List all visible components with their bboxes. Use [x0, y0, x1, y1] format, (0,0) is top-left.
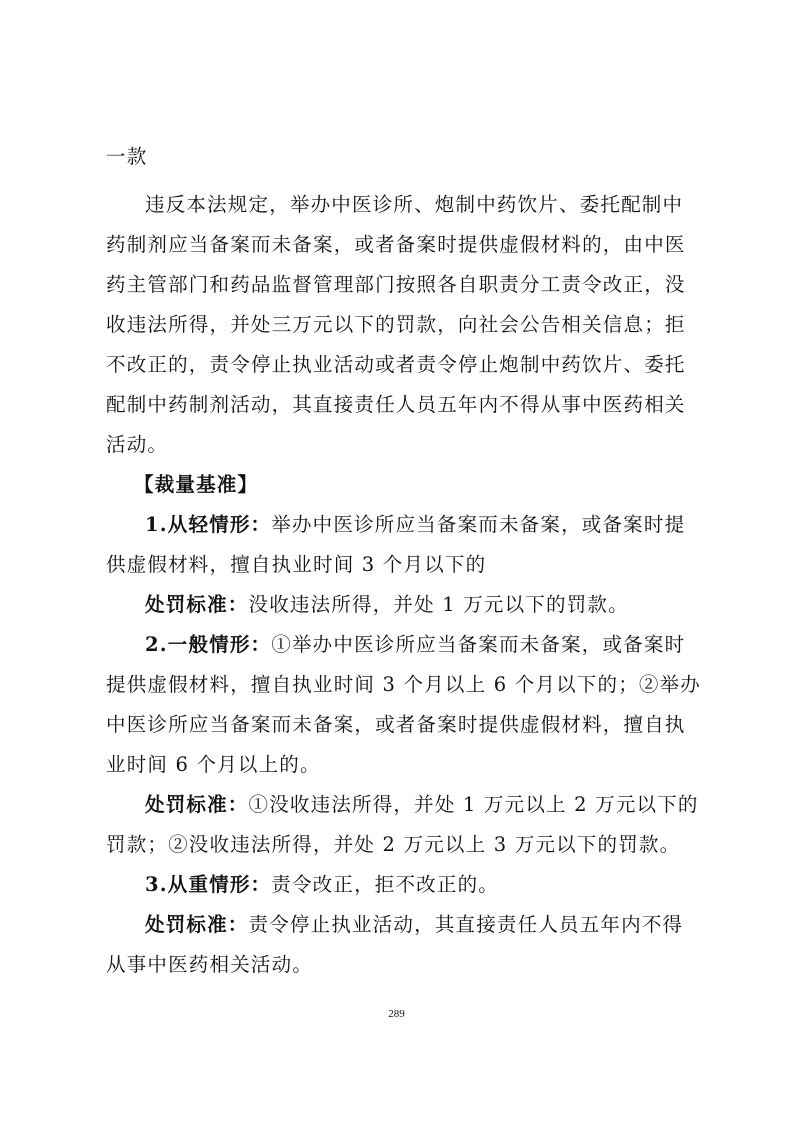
penalty-line: 处罚标准：①没收违法所得，并处 1 万元以上 2 万元以下的	[145, 793, 699, 817]
item-line: 中医诊所应当备案而未备案，或者备案时提供虚假材料，擅自执	[106, 713, 686, 737]
article-line: 药制剂应当备案而未备案，或者备案时提供虚假材料的，由中医	[106, 233, 686, 257]
item-line: 业时间 6 个月以上的。	[106, 753, 321, 777]
penalty-label: 处罚标准：	[145, 913, 249, 936]
item-label: 2.一般情形：	[145, 633, 271, 656]
discretion-heading: 【裁量基准】	[134, 473, 258, 497]
item-line: 1.从轻情形：举办中医诊所应当备案而未备案，或备案时提	[145, 513, 685, 537]
article-line: 活动。	[106, 433, 168, 457]
penalty-text: ①没收违法所得，并处 1 万元以上 2 万元以下的	[249, 793, 699, 816]
item-line: 提供虚假材料，擅自执业时间 3 个月以上 6 个月以下的；②举办	[106, 673, 701, 697]
item-line: 3.从重情形：责令改正，拒不改正的。	[145, 873, 499, 897]
penalty-label: 处罚标准：	[145, 593, 249, 616]
penalty-label: 处罚标准：	[145, 793, 249, 816]
item-text: ①举办中医诊所应当备案而未备案，或备案时	[271, 633, 685, 656]
item-label: 3.从重情形：	[145, 873, 271, 896]
article-line: 配制中药制剂活动，其直接责任人员五年内不得从事中医药相关	[106, 393, 686, 417]
article-line: 不改正的，责令停止执业活动或者责令停止炮制中药饮片、委托	[106, 353, 686, 377]
item-line: 2.一般情形：①举办中医诊所应当备案而未备案，或备案时	[145, 633, 685, 657]
penalty-line: 处罚标准：没收违法所得，并处 1 万元以下的罚款。	[145, 593, 629, 617]
penalty-line: 处罚标准：责令停止执业活动，其直接责任人员五年内不得	[145, 913, 683, 937]
section-heading: 一款	[106, 145, 147, 169]
penalty-line: 罚款；②没收违法所得，并处 2 万元以上 3 万元以下的罚款。	[106, 833, 680, 857]
penalty-text: 没收违法所得，并处 1 万元以下的罚款。	[249, 593, 629, 616]
item-text: 举办中医诊所应当备案而未备案，或备案时提	[271, 513, 685, 536]
item-text: 责令改正，拒不改正的。	[271, 873, 499, 896]
item-label: 1.从轻情形：	[145, 513, 271, 536]
article-line: 收违法所得，并处三万元以下的罚款，向社会公告相关信息；拒	[106, 313, 686, 337]
penalty-text: 责令停止执业活动，其直接责任人员五年内不得	[249, 913, 684, 936]
article-line: 违反本法规定，举办中医诊所、炮制中药饮片、委托配制中	[145, 193, 683, 217]
item-line: 供虚假材料，擅自执业时间 3 个月以下的	[106, 553, 486, 577]
page-number: 289	[0, 1008, 793, 1020]
article-line: 药主管部门和药品监督管理部门按照各自职责分工责令改正，没	[106, 273, 686, 297]
penalty-line: 从事中医药相关活动。	[106, 953, 313, 977]
